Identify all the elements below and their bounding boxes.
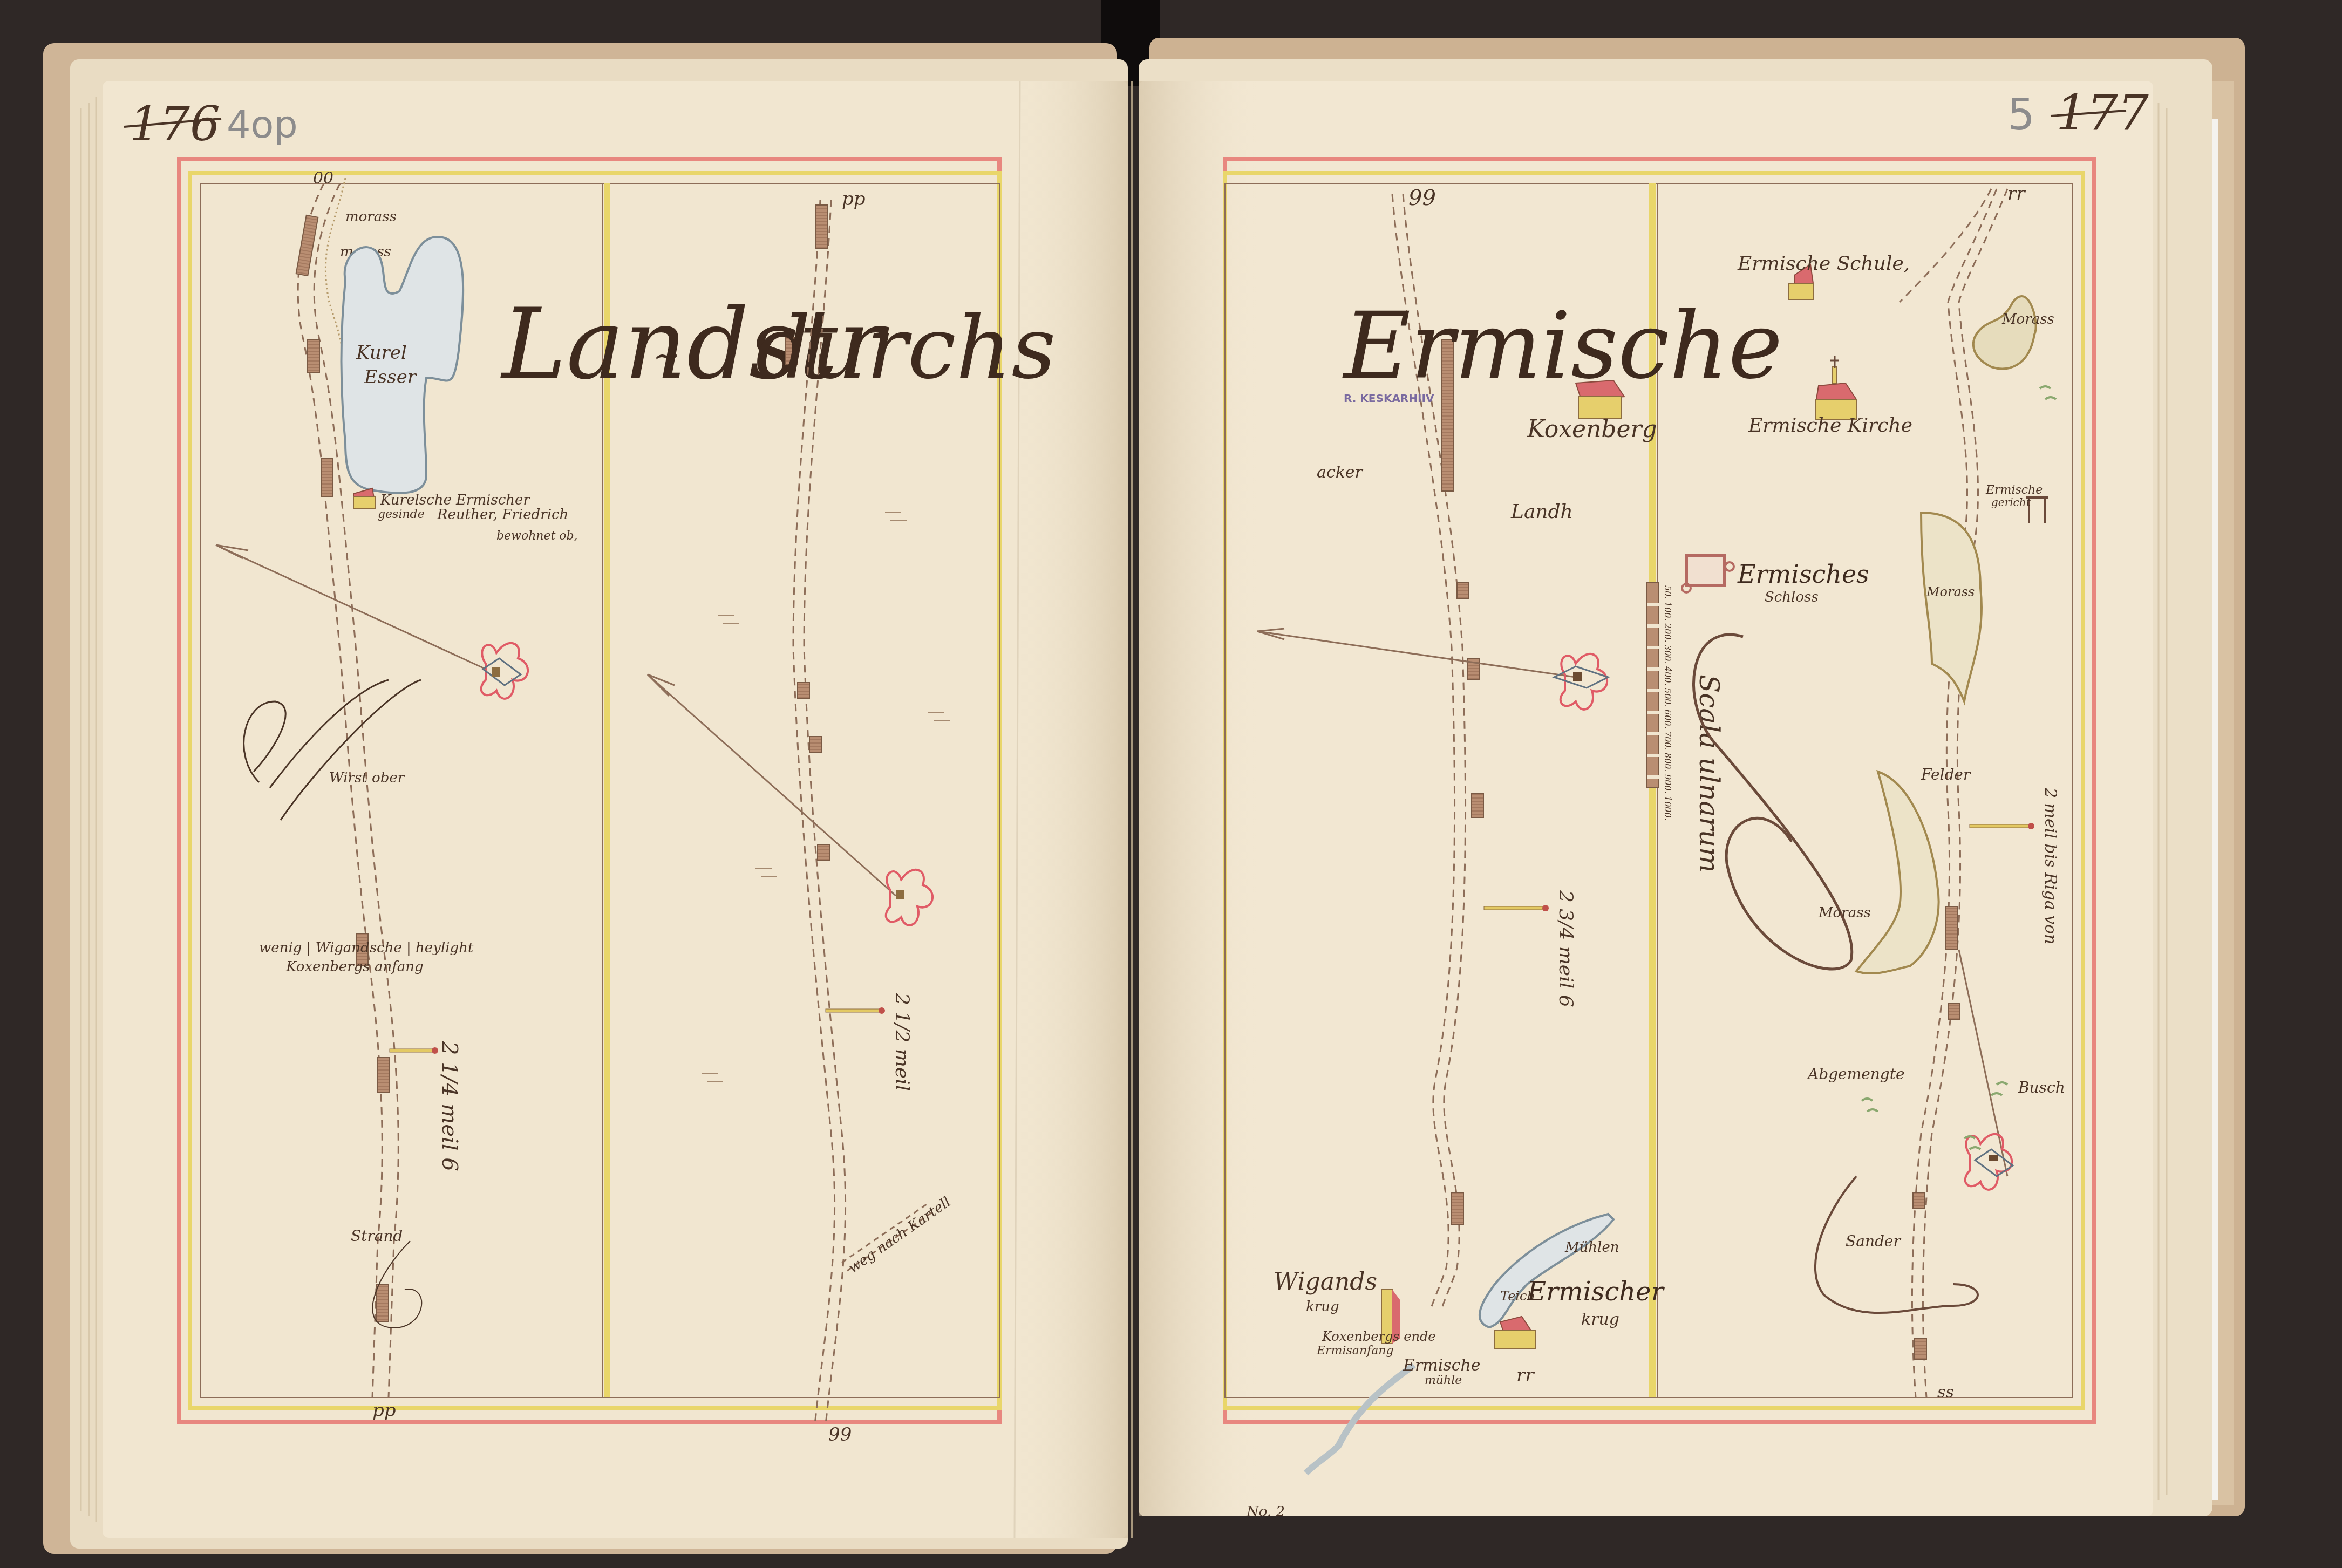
svg-text:400.: 400. (1663, 666, 1673, 686)
label-distance-riga: 2 meil bis Riga von (2041, 787, 2060, 944)
svg-text:50.: 50. (1663, 585, 1673, 599)
label-kirche: Ermische Kirche (1748, 414, 1912, 437)
svg-text:300.: 300. (1663, 645, 1673, 664)
svg-text:1000.: 1000. (1663, 796, 1673, 821)
label-abgemengte: Abgemengte (1806, 1065, 1905, 1083)
scale-title: Scala ulnarum (1693, 674, 1725, 872)
label-morass-r1: Morass (2001, 311, 2054, 328)
title-ermische: Ermische (1342, 293, 1782, 400)
label-acker: acker (1317, 463, 1364, 482)
label-wirst-ober: Wirst ober (329, 770, 405, 786)
label-ermisanfang: Ermisanfang (1316, 1344, 1394, 1358)
label-morass-r3: Morass (1818, 905, 1871, 921)
label-distance-col2: 2 1/2 meil (891, 992, 913, 1091)
label-schule: Ermische Schule, (1737, 253, 1910, 275)
label-lake-esser: Esser (364, 366, 417, 388)
label-ermischer: Ermischer (1527, 1277, 1665, 1307)
label-morass-r2: Morass (1926, 584, 1975, 599)
label-ermische-muhle: Ermische (1403, 1356, 1481, 1375)
manuscript-spread: 176 4op morass morass 00 Kurel Esser Kur… (0, 0, 2342, 1568)
title-durchs: durchs (755, 297, 1056, 398)
label-estate-line4: bewohnet ob, (496, 529, 578, 543)
folio-pencil-5: 5 (2007, 90, 2035, 140)
label-schloss-2: Schloss (1765, 589, 1819, 605)
label-morass-1: morass (345, 209, 397, 225)
svg-text:900.: 900. (1663, 774, 1673, 794)
label-distance-right-col1: 2 3/4 meil 6 (1555, 890, 1577, 1007)
svg-text:200.: 200. (1663, 623, 1673, 643)
svg-text:100.: 100. (1663, 602, 1673, 621)
label-sander: Sander (1846, 1232, 1901, 1250)
label-wigands-krug: krug (1306, 1299, 1339, 1315)
label-muhle: mühle (1425, 1374, 1462, 1387)
label-distance-col1: 2 1/4 meil 6 (437, 1041, 462, 1171)
label-gericht-1: Ermische (1985, 483, 2043, 497)
label-busch: Busch (2018, 1079, 2065, 1096)
col2-bottom-marker: 99 (828, 1424, 852, 1446)
folio-pencil-4op: 4op (227, 103, 298, 147)
right-col1-top-marker: 99 (1408, 186, 1436, 210)
scale-bar (1647, 583, 1659, 788)
koxenberg-house-icon (1576, 380, 1624, 418)
archive-stamp: R. KESKARHIIV (1344, 392, 1434, 405)
col2-top-marker: pp (842, 188, 866, 210)
label-muhlen: Mühlen (1564, 1239, 1619, 1256)
label-junction-line1: wenig | Wigandsche | heylight (259, 940, 474, 956)
label-wigands: Wigands (1274, 1268, 1377, 1296)
label-ermischer-krug: krug (1581, 1310, 1619, 1329)
label-felder: Felder (1921, 766, 1971, 783)
svg-text:500.: 500. (1663, 688, 1673, 707)
label-koxenbergs-ende: Koxenbergs ende (1322, 1329, 1436, 1344)
svg-text:700.: 700. (1663, 731, 1673, 751)
label-strand: Strand (351, 1227, 403, 1245)
label-gericht-2: gericht (1991, 496, 2031, 509)
label-estate-line2: gesinde (378, 508, 425, 521)
label-lake-kurel: Kurel (356, 342, 407, 364)
label-estate-line3: Reuther, Friedrich (437, 507, 568, 523)
label-landh: Landh (1510, 501, 1573, 523)
gutter-right-shade (1139, 81, 1257, 1516)
col1-top-marker: 00 (313, 169, 333, 188)
label-estate-line1: Kurelsche Ermischer (380, 492, 530, 508)
col1-bottom-marker: pp (372, 1400, 396, 1421)
right-col2-bottom-marker: ss (1937, 1383, 1954, 1402)
svg-text:600.: 600. (1663, 710, 1673, 729)
footnote-no2: No. 2 (1246, 1504, 1285, 1520)
svg-text:800.: 800. (1663, 753, 1673, 772)
label-koxenberg: Koxenberg (1527, 415, 1657, 443)
label-schloss: Ermisches (1737, 560, 1869, 589)
right-col1-bottom-marker: rr (1516, 1365, 1535, 1386)
right-col2-top-marker: rr (2007, 183, 2026, 204)
folio-176: 176 (130, 96, 220, 152)
label-junction-line2: Koxenbergs anfang (285, 959, 424, 975)
scale-ticks: 50. 100. 200. 300. 400. 500. 600. 700. 8… (1663, 585, 1673, 821)
title-hyphen: ~ (653, 337, 680, 375)
